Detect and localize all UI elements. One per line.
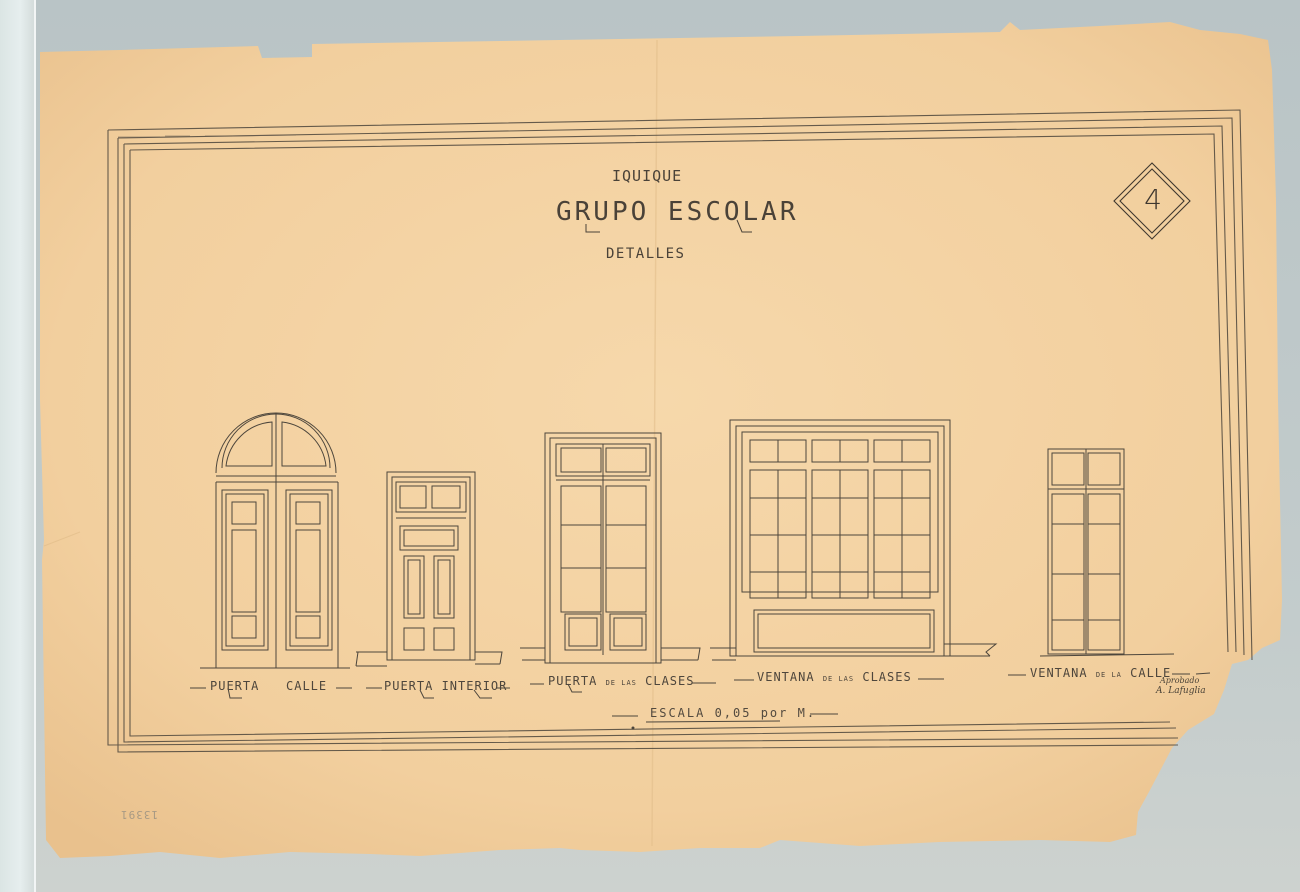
drawing-sheet <box>0 0 1300 892</box>
